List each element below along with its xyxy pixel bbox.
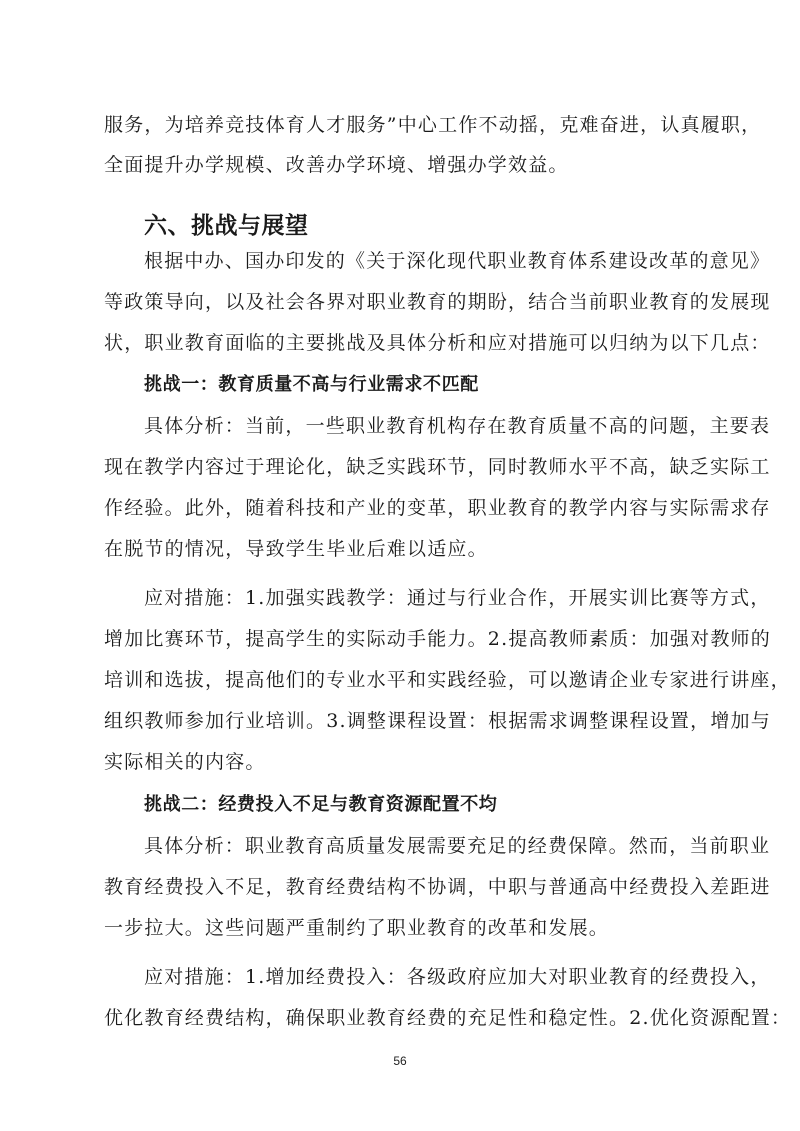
paragraph-line: 服务，为培养竞技体育人才服务”中心工作不动摇，克难奋进，认真履职，: [104, 112, 714, 138]
challenge-1-measures-line: 应对措施：1.加强实践教学：通过与行业合作，开展实训比赛等方式，: [144, 585, 714, 611]
paragraph-line: 全面提升办学规模、改善办学环境、增强办学效益。: [104, 152, 714, 178]
challenge-1-analysis-line: 作经验。此外，随着科技和产业的变革，职业教育的教学内容与实际需求存: [104, 495, 714, 521]
challenge-1-measures-line: 实际相关的内容。: [104, 749, 714, 775]
paragraph-line: 状，职业教育面临的主要挑战及具体分析和应对措施可以归纳为以下几点：: [104, 330, 714, 356]
challenge-2-analysis-line: 一步拉大。这些问题严重制约了职业教育的改革和发展。: [104, 915, 714, 941]
challenge-1-analysis-line: 具体分析：当前，一些职业教育机构存在教育质量不高的问题，主要表: [144, 413, 714, 439]
challenge-2-measures-line: 优化教育经费结构，确保职业教育经费的充足性和稳定性。2.优化资源配置：: [104, 1005, 714, 1031]
challenge-2-analysis-line: 具体分析：职业教育高质量发展需要充足的经费保障。然而，当前职业: [144, 833, 714, 859]
challenge-1-measures-line: 组织教师参加行业培训。3.调整课程设置：根据需求调整课程设置，增加与: [104, 708, 714, 734]
challenge-1-measures-line: 增加比赛环节，提高学生的实际动手能力。2.提高教师素质：加强对教师的: [104, 626, 714, 652]
challenge-2-heading: 挑战二：经费投入不足与教育资源配置不均: [144, 792, 497, 818]
challenge-2-analysis-line: 教育经费投入不足，教育经费结构不协调，中职与普通高中经费投入差距进: [104, 874, 714, 900]
paragraph-line: 等政策导向，以及社会各界对职业教育的期盼，结合当前职业教育的发展现: [104, 289, 714, 315]
challenge-1-heading: 挑战一：教育质量不高与行业需求不匹配: [144, 372, 479, 398]
paragraph-line: 根据中办、国办印发的《关于深化现代职业教育体系建设改革的意见》: [144, 248, 714, 274]
challenge-2-measures-line: 应对措施：1.增加经费投入：各级政府应加大对职业教育的经费投入，: [144, 964, 714, 990]
section-heading: 六、挑战与展望: [144, 211, 309, 241]
challenge-1-analysis-line: 现在教学内容过于理论化，缺乏实践环节，同时教师水平不高，缺乏实际工: [104, 454, 714, 480]
challenge-1-analysis-line: 在脱节的情况，导致学生毕业后难以适应。: [104, 536, 714, 562]
page-number: 56: [0, 1054, 800, 1068]
challenge-1-measures-line: 培训和选拔，提高他们的专业水平和实践经验，可以邀请企业专家进行讲座，: [104, 667, 714, 693]
